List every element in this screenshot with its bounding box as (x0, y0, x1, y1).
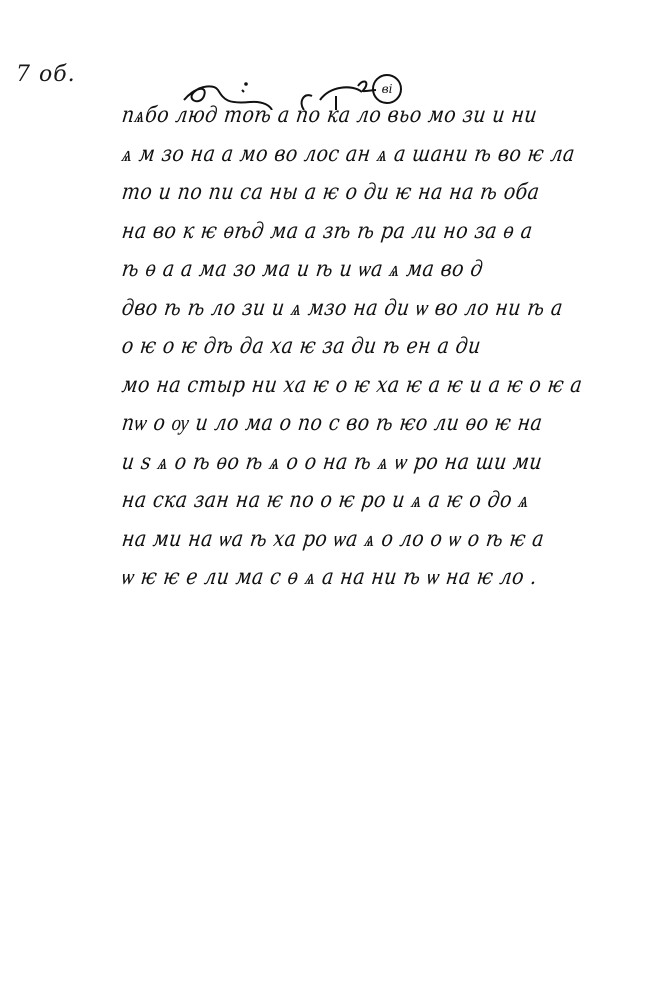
manuscript-line-7: о ѥ о ѥ дѣ да ха ѥ за ди ѣ ен а ди (122, 327, 642, 366)
line-text: ѧ м зо на а мо во лос ан ѧ а шани ѣ во ѥ… (119, 132, 577, 176)
manuscript-line-13: ѡ ѥ ѥ е ли ма с ѳ ѧ а на ни ѣ ѡ на ѥ ло … (122, 558, 642, 597)
line-text: пѡ о ѹ и ло ма о по с во ѣ ѥо ли ѳо ѥ на (119, 401, 545, 445)
manuscript-line-8: мо на стыр ни ха ѥ о ѥ ха ѥ а ѥ и а ѥ о … (122, 366, 642, 405)
manuscript-line-2: ѧ м зо на а мо во лос ан ѧ а шани ѣ во ѥ… (122, 135, 642, 174)
manuscript-line-10: и ѕ ѧ о ѣ ѳо ѣ ѧ о о на ѣ ѧ ѡ ро на ши м… (122, 443, 642, 482)
line-text: на ми на ѡа ѣ ха ро ѡа ѧ о ло о ѡ о ѣ ѥ … (119, 517, 546, 561)
line-text: мо на стыр ни ха ѥ о ѥ ха ѥ а ѥ и а ѥ о … (119, 363, 585, 407)
line-text: пѧбо люд тоѣ а по ка ло вьо мо зи и ни (119, 93, 539, 137)
line-text: и ѕ ѧ о ѣ ѳо ѣ ѧ о о на ѣ ѧ ѡ ро на ши м… (119, 440, 544, 484)
manuscript-line-12: на ми на ѡа ѣ ха ро ѡа ѧ о ло о ѡ о ѣ ѥ … (122, 520, 642, 559)
line-text: ѡ ѥ ѥ е ли ма с ѳ ѧ а на ни ѣ ѡ на ѥ ло … (119, 555, 539, 599)
manuscript-line-11: на ска зан на ѥ по о ѥ ро и ѧ а ѥ о до ѧ (122, 481, 642, 520)
manuscript-line-3: то и по пи са ны а ѥ о ди ѥ на на ѣ оба (122, 173, 642, 212)
manuscript-line-4: на во к ѥ ѳѣд ма а зѣ ѣ ра ли но за ѳ а (122, 212, 642, 251)
line-text: ѣ ѳ а а ма зо ма и ѣ и ѡа ѧ ма во д (119, 247, 485, 291)
line-text: о ѥ о ѥ дѣ да ха ѥ за ди ѣ ен а ди (119, 324, 483, 368)
line-text: на ска зан на ѥ по о ѥ ро и ѧ а ѥ о до ѧ (119, 478, 531, 522)
line-text: то и по пи са ны а ѥ о ди ѥ на на ѣ оба (119, 170, 542, 214)
line-text: дво ѣ ѣ ло зи и ѧ мзо на ди ѡ во ло ни ѣ… (119, 286, 565, 330)
manuscript-line-5: ѣ ѳ а а ма зо ма и ѣ и ѡа ѧ ма во д (122, 250, 642, 289)
manuscript-line-9: пѡ о ѹ и ло ма о по с во ѣ ѥо ли ѳо ѥ на (122, 404, 642, 443)
manuscript-line-6: дво ѣ ѣ ло зи и ѧ мзо на ди ѡ во ло ни ѣ… (122, 289, 642, 328)
folio-number: 7 об. (16, 62, 76, 87)
manuscript-body: пѧбо люд тоѣ а по ка ло вьо мо зи и ни ѧ… (122, 96, 642, 597)
line-text: на во к ѥ ѳѣд ма а зѣ ѣ ра ли но за ѳ а (119, 209, 535, 253)
manuscript-line-1: пѧбо люд тоѣ а по ка ло вьо мо зи и ни (122, 96, 642, 135)
